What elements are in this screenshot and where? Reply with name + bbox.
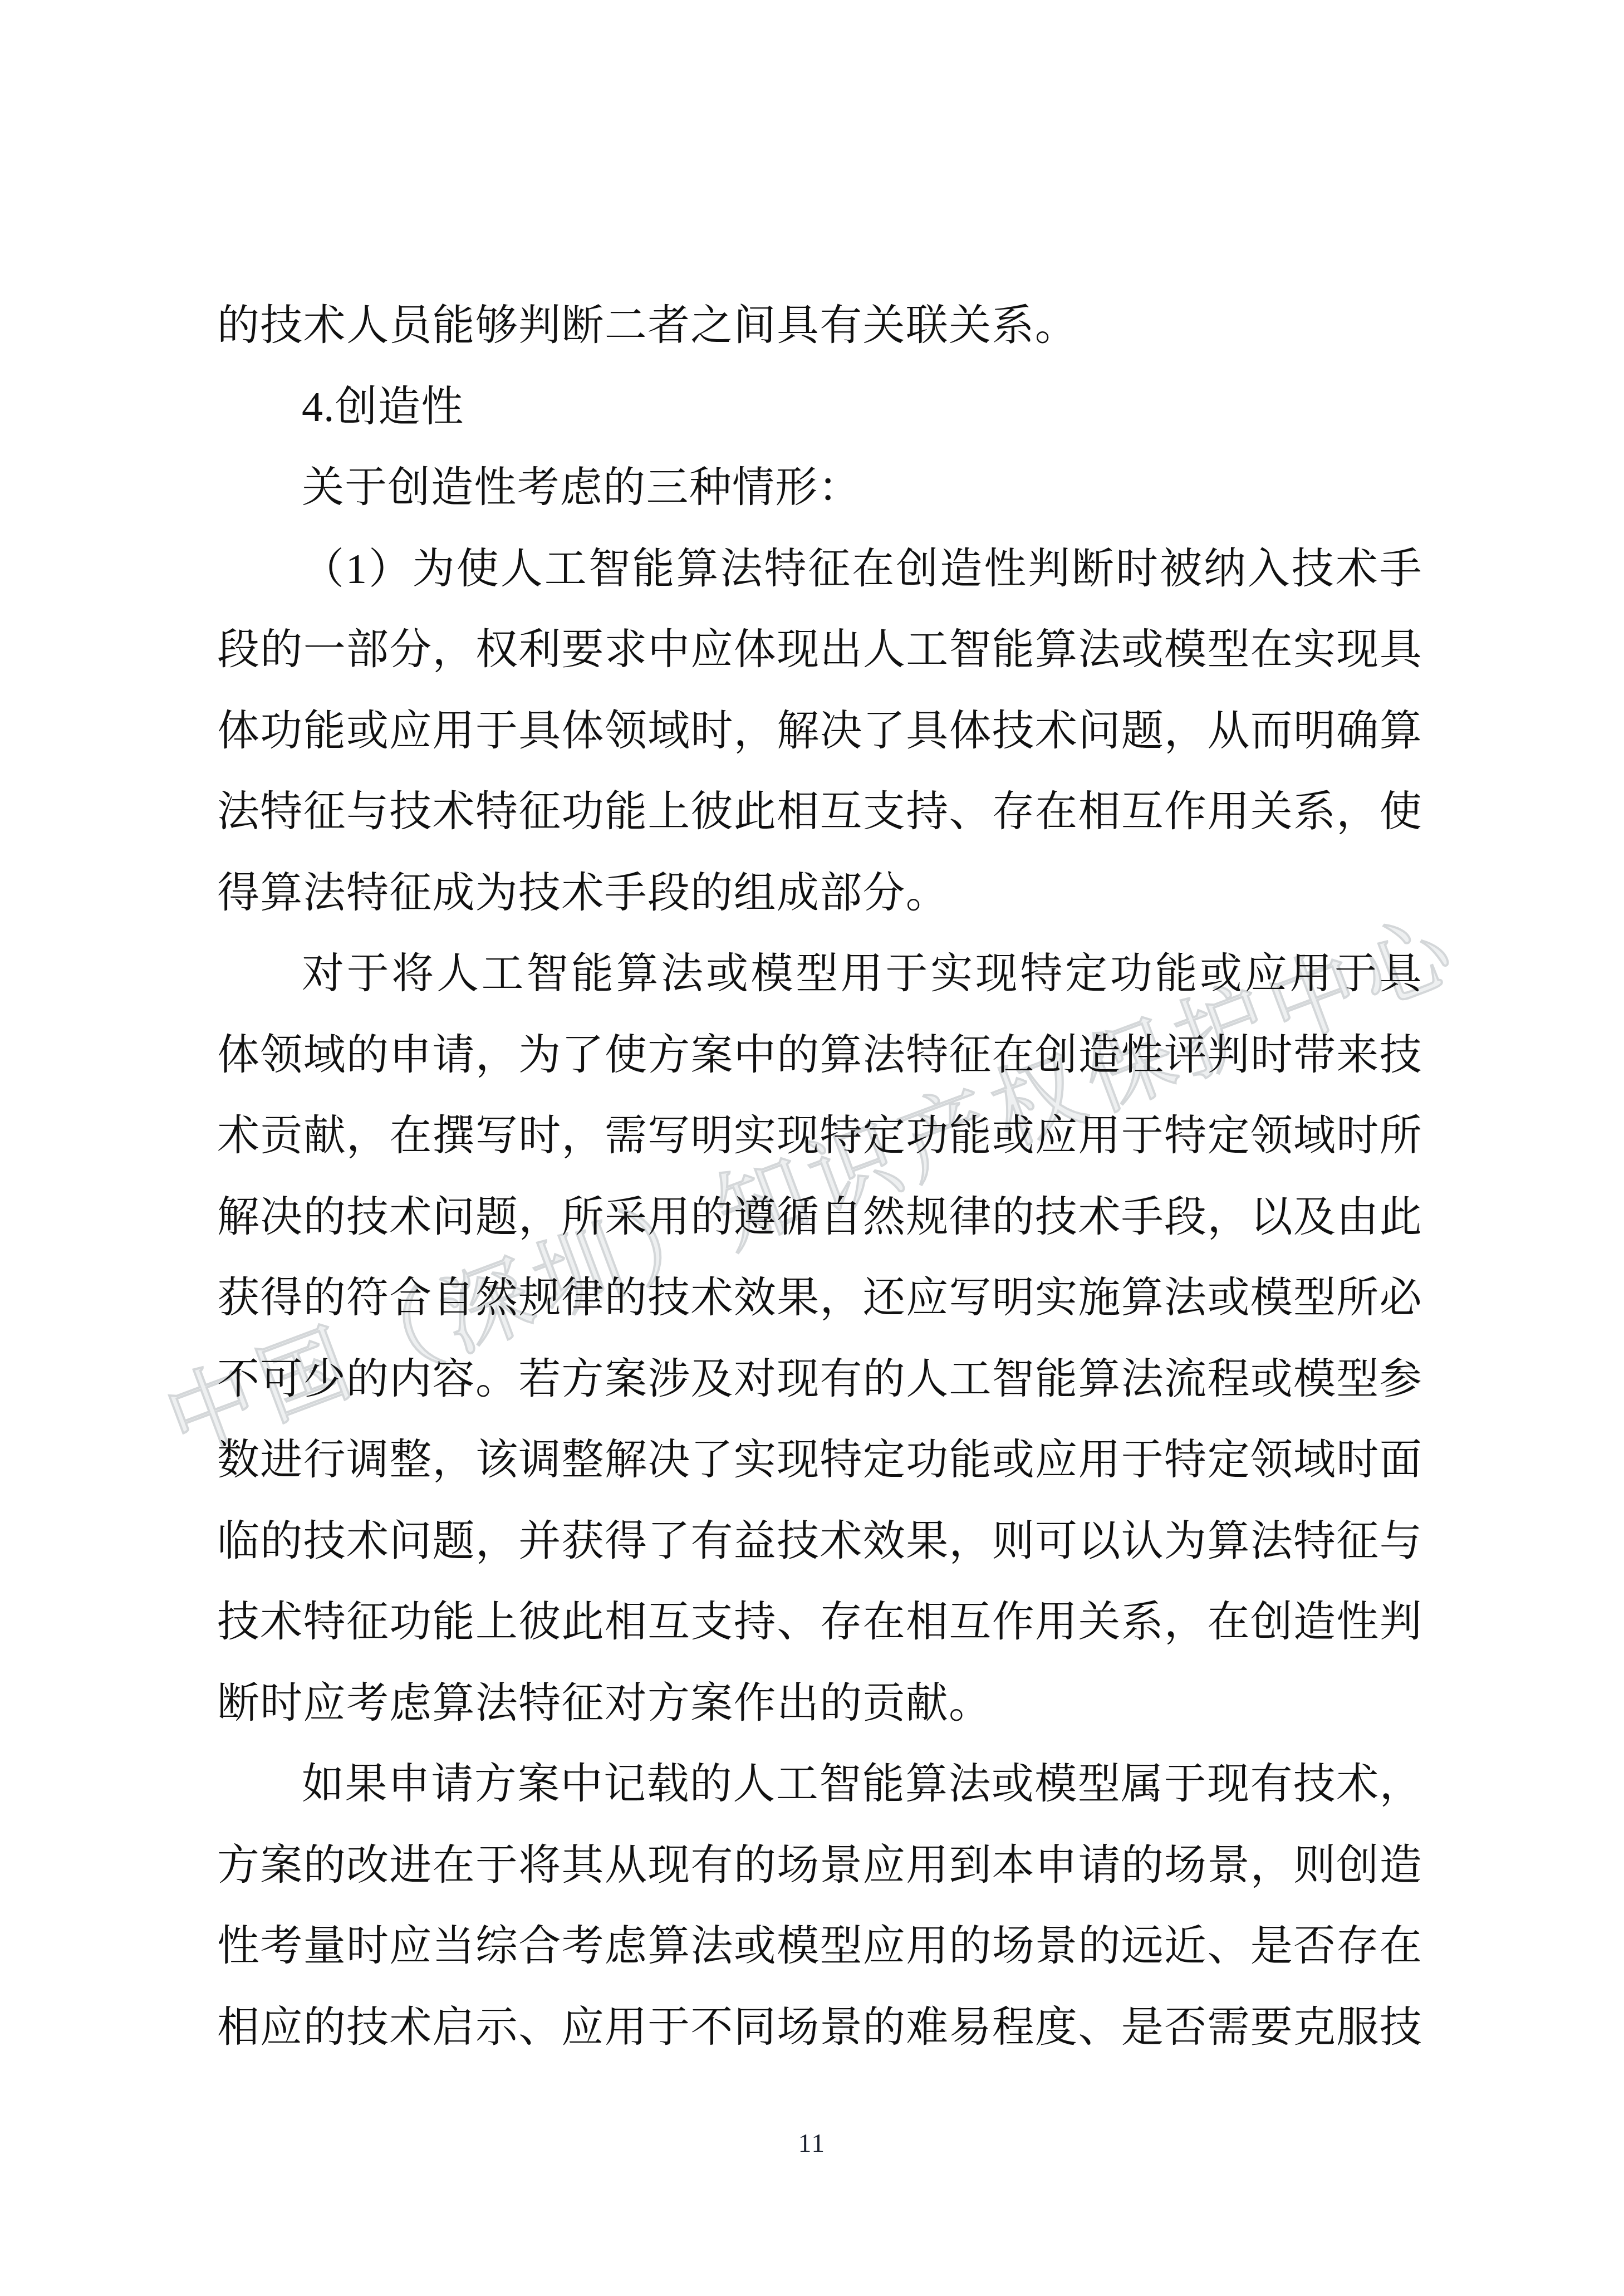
text-block: 的技术人员能够判断二者之间具有关联关系。4.创造性关于创造性考虑的三种情形：（1… [217,286,1422,2068]
text-line: 方案的改进在于将其从现有的场景应用到本申请的场景，则创造 [217,1825,1422,1907]
text-line: 的技术人员能够判断二者之间具有关联关系。 [217,286,1422,367]
text-line: 得算法特征成为技术手段的组成部分。 [217,853,1422,934]
text-line: 体领域的申请，为了使方案中的算法特征在创造性评判时带来技 [217,1015,1422,1096]
text-line: 术贡献，在撰写时，需写明实现特定功能或应用于特定领域时所 [217,1096,1422,1177]
text-line: 法特征与技术特征功能上彼此相互支持、存在相互作用关系，使 [217,772,1422,853]
text-line: 不可少的内容。若方案涉及对现有的人工智能算法流程或模型参 [217,1339,1422,1421]
text-line: 体功能或应用于具体领域时，解决了具体技术问题，从而明确算 [217,691,1422,772]
text-line: 对于将人工智能算法或模型用于实现特定功能或应用于具 [217,934,1422,1015]
text-line: 性考量时应当综合考虑算法或模型应用的场景的远近、是否存在 [217,1906,1422,1987]
text-line: 段的一部分，权利要求中应体现出人工智能算法或模型在实现具 [217,610,1422,691]
text-line: 断时应考虑算法特征对方案作出的贡献。 [217,1663,1422,1745]
page-number: 11 [798,2128,826,2158]
text-line: 临的技术问题，并获得了有益技术效果，则可以认为算法特征与 [217,1501,1422,1583]
text-line: 4.创造性 [217,367,1422,448]
text-line: 技术特征功能上彼此相互支持、存在相互作用关系，在创造性判 [217,1582,1422,1663]
text-line: 关于创造性考虑的三种情形： [217,448,1422,529]
text-line: （1）为使人工智能算法特征在创造性判断时被纳入技术手 [217,529,1422,610]
text-line: 如果申请方案中记载的人工智能算法或模型属于现有技术， [217,1744,1422,1825]
document-page: 中国（深圳）知识产权保护中心 的技术人员能够判断二者之间具有关联关系。4.创造性… [0,0,1624,2296]
text-line: 数进行调整，该调整解决了实现特定功能或应用于特定领域时面 [217,1420,1422,1501]
text-line: 解决的技术问题，所采用的遵循自然规律的技术手段，以及由此 [217,1177,1422,1259]
text-line: 获得的符合自然规律的技术效果，还应写明实施算法或模型所必 [217,1258,1422,1339]
text-line: 相应的技术启示、应用于不同场景的难易程度、是否需要克服技 [217,1987,1422,2069]
